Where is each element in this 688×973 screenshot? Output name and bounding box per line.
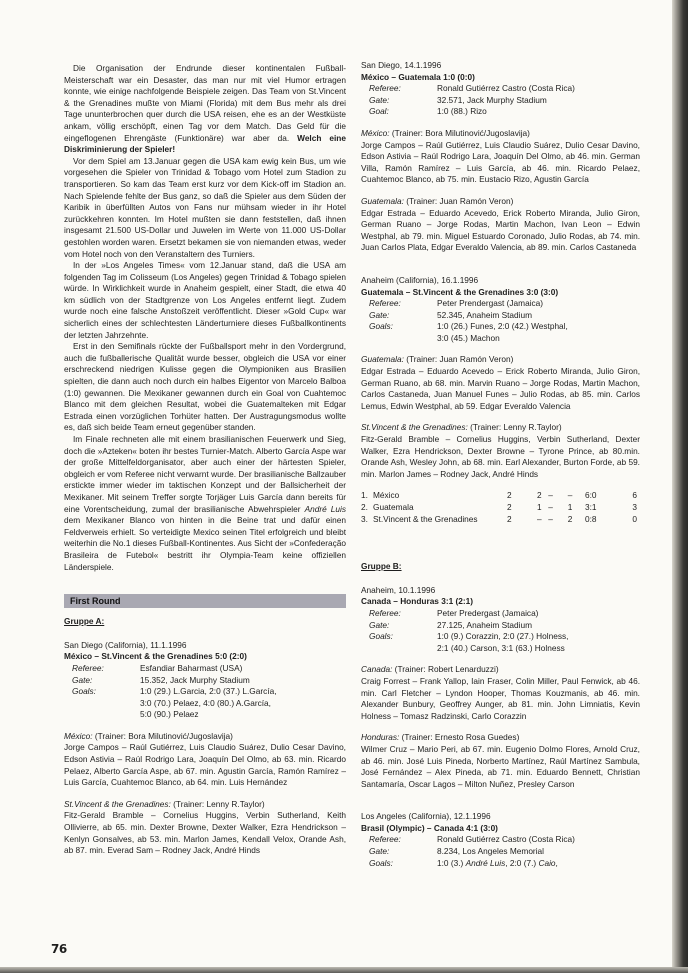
team-name: St.Vincent & the Grenadines: <box>361 422 468 432</box>
wins: 2 <box>537 490 546 502</box>
trainer: (Trainer: Lenny R.Taylor) <box>468 422 562 432</box>
book-binding-edge <box>672 0 688 973</box>
match-title: Guatemala – St.Vincent & the Grenadines … <box>361 287 640 299</box>
team-name: Guatemala: <box>361 354 404 364</box>
goal-text: 1:0 (3.) <box>437 858 466 868</box>
referee-value: Esfandiar Baharmast (USA) <box>140 663 346 675</box>
points: 3 <box>619 502 637 514</box>
goal-diff: 3:1 <box>585 502 619 514</box>
intro-paragraph-5: Im Finale rechneten alle mit einem brasi… <box>64 434 346 573</box>
goal-diff: 6:0 <box>585 490 619 502</box>
gate-value: 27.125, Anaheim Stadium <box>437 620 640 632</box>
page-bottom-edge <box>0 967 688 973</box>
players: Craig Forrest – Frank Yallop, Iain Frase… <box>361 676 640 721</box>
draws: – <box>546 490 555 502</box>
match-title: Brasil (Olympic) – Canada 4:1 (3:0) <box>361 823 640 835</box>
played: 2 <box>507 502 537 514</box>
intro-paragraph-3: In der »Los Angeles Times« vom 12.Januar… <box>64 260 346 341</box>
trainer: (Trainer: Ernesto Rosa Guedes) <box>399 732 519 742</box>
players: Edgar Estrada – Eduardo Acevedo – Erick … <box>361 366 640 411</box>
players: Jorge Campos – Raúl Gutiérrez, Luis Clau… <box>64 742 346 787</box>
referee-value: Ronald Gutiérrez Castro (Costa Rica) <box>437 834 640 846</box>
team: México <box>373 490 507 502</box>
players: Fitz-Gerald Bramble – Cornelius Huggins,… <box>361 434 640 479</box>
match-place-date: Los Angeles (California), 12.1.1996 <box>361 811 640 823</box>
goal-diff: 0:8 <box>585 514 619 526</box>
intro-paragraph-4: Erst in den Semifinals rückte der Fußbal… <box>64 341 346 434</box>
standings-row: 3. St.Vincent & the Grenadines 2 – – 2 0… <box>361 514 637 526</box>
team-name: México: <box>361 128 390 138</box>
gate-label: Gate: <box>369 95 437 107</box>
lineup-mexico: México: (Trainer: Bora Milutinović/Jugos… <box>361 128 640 186</box>
match-details: Referee:Esfandiar Baharmast (USA) Gate:1… <box>64 663 346 721</box>
lineup-guatemala: Guatemala: (Trainer: Juan Ramón Veron)Ed… <box>361 354 640 412</box>
paragraph-text: Im Finale rechneten alle mit einem brasi… <box>64 434 346 514</box>
gate-label: Gate: <box>369 846 437 858</box>
referee-value: Peter Prendergast (Jamaica) <box>437 298 640 310</box>
lineup-guatemala: Guatemala: (Trainer: Juan Ramón Veron)Ed… <box>361 196 640 254</box>
standings-row: 2. Guatemala 2 1 – 1 3:1 3 <box>361 502 637 514</box>
trainer: (Trainer: Lenny R.Taylor) <box>171 799 265 809</box>
points: 6 <box>619 490 637 502</box>
gate-value: 32.571, Jack Murphy Stadium <box>437 95 640 107</box>
paragraph-text: dem Mexikaner Blanco von hinten in die B… <box>64 515 346 571</box>
team: St.Vincent & the Grenadines <box>373 514 507 526</box>
team-name: Canada: <box>361 664 392 674</box>
goals-label: Goals: <box>72 686 140 698</box>
rank: 3. <box>361 514 373 526</box>
goals-value: 1:0 (29.) L.Garcia, 2:0 (37.) L.García, <box>140 686 346 698</box>
intro-text: Die Organisation der Endrunde dieser kon… <box>64 63 346 143</box>
players: Edgar Estrada – Eduardo Acevedo, Erick R… <box>361 208 640 253</box>
lineup-stvincent: St.Vincent & the Grenadines: (Trainer: L… <box>64 799 346 857</box>
players: Fitz-Gerald Bramble – Cornelius Huggins,… <box>64 810 346 855</box>
match-brasil-canada: Los Angeles (California), 12.1.1996 Bras… <box>361 811 640 869</box>
left-column: Die Organisation der Endrunde dieser kon… <box>64 63 346 867</box>
points: 0 <box>619 514 637 526</box>
played: 2 <box>507 514 537 526</box>
goals-value: 2:1 (40.) Carson, 3:1 (63.) Holness <box>437 643 640 655</box>
lineup-mexico: México: (Trainer: Bora Milutinović/Jugos… <box>64 731 346 789</box>
rank: 2. <box>361 502 373 514</box>
draws: – <box>546 514 555 526</box>
team-name: Honduras: <box>361 732 399 742</box>
losses: 2 <box>555 514 585 526</box>
right-column: San Diego, 14.1.1996 México – Guatemala … <box>361 60 640 879</box>
match-mexico-guatemala: San Diego, 14.1.1996 México – Guatemala … <box>361 60 640 118</box>
lineup-canada: Canada: (Trainer: Robert Lenarduzzi)Crai… <box>361 664 640 722</box>
book-page: Die Organisation der Endrunde dieser kon… <box>0 0 688 973</box>
played: 2 <box>507 490 537 502</box>
gate-label: Gate: <box>369 310 437 322</box>
lineup-stvincent: St.Vincent & the Grenadines: (Trainer: L… <box>361 422 640 480</box>
referee-label: Referee: <box>369 83 437 95</box>
referee-label: Referee: <box>369 608 437 620</box>
section-heading-first-round: First Round <box>64 594 346 608</box>
goals-value: 1:0 (88.) Rizo <box>437 106 640 118</box>
goals-label: Goals: <box>369 858 437 870</box>
match-place-date: San Diego, 14.1.1996 <box>361 60 640 72</box>
match-place-date: San Diego (California), 11.1.1996 <box>64 640 346 652</box>
referee-label: Referee: <box>72 663 140 675</box>
gate-label: Gate: <box>72 675 140 687</box>
match-details: Referee:Ronald Gutiérrez Castro (Costa R… <box>361 834 640 869</box>
trainer: (Trainer: Bora Milutinović/Jugoslavija) <box>93 731 233 741</box>
group-a-standings: 1. México 2 2 – – 6:0 6 2. Guatemala 2 1… <box>361 490 637 525</box>
referee-label: Referee: <box>369 298 437 310</box>
intro-paragraph-1: Die Organisation der Endrunde dieser kon… <box>64 63 346 156</box>
match-place-date: Anaheim, 10.1.1996 <box>361 585 640 597</box>
goals-label: Goals: <box>369 631 437 643</box>
goals-value: 1:0 (26.) Funes, 2:0 (42.) Westphal, <box>437 321 640 333</box>
wins: 1 <box>537 502 546 514</box>
page-number: 76 <box>51 942 67 956</box>
referee-label: Referee: <box>369 834 437 846</box>
losses: 1 <box>555 502 585 514</box>
trainer: (Trainer: Bora Milutinović/Jugoslavija) <box>390 128 530 138</box>
match-title: Canada – Honduras 3:1 (2:1) <box>361 596 640 608</box>
player-name: André Luis <box>305 504 346 514</box>
losses: – <box>555 490 585 502</box>
team-name: St.Vincent & the Grenadines: <box>64 799 171 809</box>
group-b-title: Gruppe B: <box>361 561 640 573</box>
match-mexico-stvincent: San Diego (California), 11.1.1996 México… <box>64 640 346 721</box>
group-a-title: Gruppe A: <box>64 616 346 628</box>
trainer: (Trainer: Juan Ramón Veron) <box>404 196 513 206</box>
team: Guatemala <box>373 502 507 514</box>
trainer: (Trainer: Juan Ramón Veron) <box>404 354 513 364</box>
gate-value: 8.234, Los Angeles Memorial <box>437 846 640 858</box>
standings-row: 1. México 2 2 – – 6:0 6 <box>361 490 637 502</box>
match-place-date: Anaheim (California), 16.1.1996 <box>361 275 640 287</box>
goals-value: 3:0 (45.) Machon <box>437 333 640 345</box>
goals-value: 1:0 (3.) André Luis, 2:0 (7.) Caio, <box>437 858 640 870</box>
team-name: México: <box>64 731 93 741</box>
referee-value: Ronald Gutiérrez Castro (Costa Rica) <box>437 83 640 95</box>
gate-value: 52.345, Anaheim Stadium <box>437 310 640 322</box>
scorer: André Luis <box>466 858 506 868</box>
match-details: Referee:Ronald Gutiérrez Castro (Costa R… <box>361 83 640 118</box>
goals-label: Goal: <box>369 106 437 118</box>
referee-value: Peter Predergast (Jamaica) <box>437 608 640 620</box>
goals-label: Goals: <box>369 321 437 333</box>
goals-value: 1:0 (9.) Corazzin, 2:0 (27.) Holness, <box>437 631 640 643</box>
trainer: (Trainer: Robert Lenarduzzi) <box>392 664 498 674</box>
goal-text: , <box>556 858 558 868</box>
match-details: Referee:Peter Predergast (Jamaica) Gate:… <box>361 608 640 654</box>
match-canada-honduras: Anaheim, 10.1.1996 Canada – Honduras 3:1… <box>361 585 640 655</box>
intro-paragraph-2: Vor dem Spiel am 13.Januar gegen die USA… <box>64 156 346 260</box>
team-name: Guatemala: <box>361 196 404 206</box>
gate-label: Gate: <box>369 620 437 632</box>
gate-value: 15.352, Jack Murphy Stadium <box>140 675 346 687</box>
goal-text: , 2:0 (7.) <box>505 858 538 868</box>
goals-value: 5:0 (90.) Pelaez <box>140 709 346 721</box>
draws: – <box>546 502 555 514</box>
players: Jorge Campos – Raúl Gutiérrez, Luis Clau… <box>361 140 640 185</box>
players: Wilmer Cruz – Mario Peri, ab 67. min. Eu… <box>361 744 640 789</box>
wins: – <box>537 514 546 526</box>
match-title: México – St.Vincent & the Grenadines 5:0… <box>64 651 346 663</box>
scorer: Caio <box>538 858 555 868</box>
match-guatemala-stvincent: Anaheim (California), 16.1.1996 Guatemal… <box>361 275 640 345</box>
lineup-honduras: Honduras: (Trainer: Ernesto Rosa Guedes)… <box>361 732 640 790</box>
rank: 1. <box>361 490 373 502</box>
match-details: Referee:Peter Prendergast (Jamaica) Gate… <box>361 298 640 344</box>
goals-value: 3:0 (70.) Pelaez, 4:0 (80.) A.García, <box>140 698 346 710</box>
match-title: México – Guatemala 1:0 (0:0) <box>361 72 640 84</box>
